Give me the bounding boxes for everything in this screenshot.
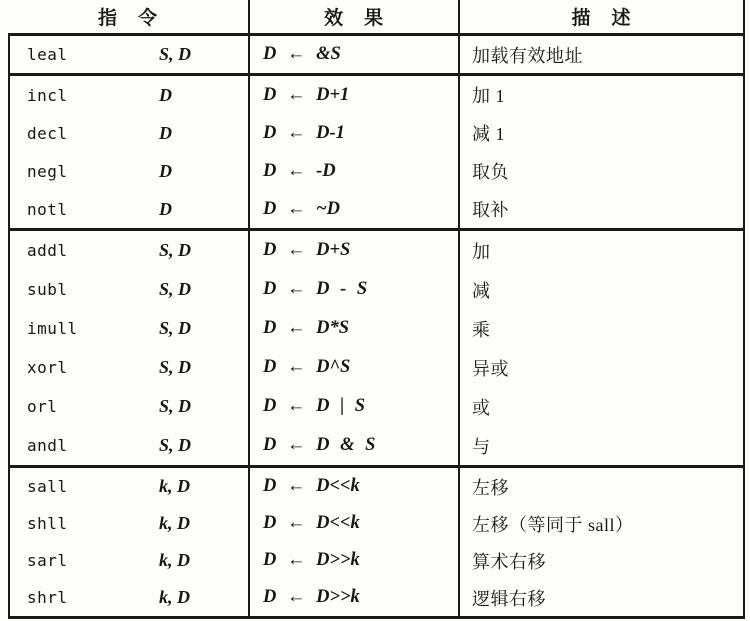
description-text: 左移	[460, 468, 743, 505]
group-unary-operations: incl D D ← D+1 加 1 decl D D ← D-1 减 1	[10, 73, 743, 228]
instruction-cell: andl S, D	[10, 426, 248, 465]
effect-expression: D ← D*S	[248, 309, 460, 348]
effect-expression: D ← D>>k	[248, 542, 460, 579]
instruction-cell: leal S, D	[10, 36, 248, 73]
table-row: notl D D ← ~D 取补	[10, 190, 743, 228]
instruction-name: subl	[27, 280, 159, 299]
table-row: shrl k, D D ← D>>k 逻辑右移	[10, 579, 743, 616]
group-shift-operations: sall k, D D ← D<<k 左移 shll k, D D ← D<<k…	[10, 465, 743, 616]
instruction-cell: sall k, D	[10, 468, 248, 505]
instruction-operands: S, D	[159, 279, 248, 300]
instruction-operands: S, D	[159, 240, 248, 261]
table-row: subl S, D D ← D - S 减	[10, 270, 743, 309]
instruction-name: notl	[27, 200, 159, 219]
effect-expression: D ← D-1	[248, 114, 460, 152]
effect-expression: D ← D & S	[248, 426, 460, 465]
instruction-name: orl	[27, 397, 159, 416]
table-row: sall k, D D ← D<<k 左移	[10, 468, 743, 505]
table-header-row: 指 令 效 果 描 述	[8, 0, 745, 33]
instruction-operands: S, D	[159, 357, 248, 378]
instruction-operands: k, D	[159, 476, 248, 497]
effect-expression: D ← D+1	[248, 76, 460, 114]
effect-expression: D ← -D	[248, 152, 460, 190]
scanned-book-page: 指 令 效 果 描 述 leal S, D D ← &S 加载有效地址	[0, 0, 750, 621]
instruction-name: andl	[27, 436, 159, 455]
instruction-cell: decl D	[10, 114, 248, 152]
instruction-cell: orl S, D	[10, 387, 248, 426]
effect-expression: D ← D | S	[248, 387, 460, 426]
header-description: 描 述	[460, 0, 743, 33]
instruction-cell: addl S, D	[10, 231, 248, 270]
description-text: 减 1	[460, 114, 743, 152]
instruction-operands: D	[159, 199, 248, 220]
instruction-name: xorl	[27, 358, 159, 377]
table-row: negl D D ← -D 取负	[10, 152, 743, 190]
effect-expression: D ← D+S	[248, 231, 460, 270]
description-text: 加	[460, 231, 743, 270]
table-row: sarl k, D D ← D>>k 算术右移	[10, 542, 743, 579]
instruction-cell: imull S, D	[10, 309, 248, 348]
instruction-cell: shrl k, D	[10, 579, 248, 616]
instruction-cell: xorl S, D	[10, 348, 248, 387]
effect-expression: D ← ~D	[248, 190, 460, 228]
instruction-operands: S, D	[159, 435, 248, 456]
instruction-cell: incl D	[10, 76, 248, 114]
group-binary-operations: addl S, D D ← D+S 加 subl S, D D ← D - S …	[10, 228, 743, 465]
effect-expression: D ← D - S	[248, 270, 460, 309]
table-row: shll k, D D ← D<<k 左移（等同于 sall）	[10, 505, 743, 542]
instruction-name: shll	[27, 514, 159, 533]
table-row: decl D D ← D-1 减 1	[10, 114, 743, 152]
instruction-operands: S, D	[159, 318, 248, 339]
header-effect: 效 果	[248, 0, 460, 33]
instruction-name: sarl	[27, 551, 159, 570]
instruction-operands: k, D	[159, 513, 248, 534]
instruction-operands: D	[159, 123, 248, 144]
instruction-operands: S, D	[159, 396, 248, 417]
instruction-operands: D	[159, 161, 248, 182]
group-load-effective-address: leal S, D D ← &S 加载有效地址	[10, 36, 743, 73]
effect-expression: D ← D^S	[248, 348, 460, 387]
table-body: leal S, D D ← &S 加载有效地址 incl D D ← D+1 加…	[8, 33, 745, 619]
description-text: 或	[460, 387, 743, 426]
description-text: 算术右移	[460, 542, 743, 579]
effect-expression: D ← D>>k	[248, 579, 460, 616]
description-text: 异或	[460, 348, 743, 387]
description-text: 与	[460, 426, 743, 465]
instruction-operands: k, D	[159, 587, 248, 608]
description-text: 加 1	[460, 76, 743, 114]
instruction-operands: k, D	[159, 550, 248, 571]
instruction-name: incl	[27, 86, 159, 105]
description-text: 取负	[460, 152, 743, 190]
description-text: 减	[460, 270, 743, 309]
description-text: 逻辑右移	[460, 579, 743, 616]
instruction-cell: shll k, D	[10, 505, 248, 542]
table-row: incl D D ← D+1 加 1	[10, 76, 743, 114]
instruction-cell: notl D	[10, 190, 248, 228]
table-row: addl S, D D ← D+S 加	[10, 231, 743, 270]
instruction-name: leal	[27, 45, 159, 64]
effect-expression: D ← D<<k	[248, 505, 460, 542]
description-text: 取补	[460, 190, 743, 228]
instruction-name: imull	[27, 319, 159, 338]
table-row: imull S, D D ← D*S 乘	[10, 309, 743, 348]
instruction-operands: S, D	[159, 44, 248, 65]
description-text: 乘	[460, 309, 743, 348]
header-instruction: 指 令	[8, 0, 248, 33]
effect-expression: D ← D<<k	[248, 468, 460, 505]
table-row: andl S, D D ← D & S 与	[10, 426, 743, 465]
instruction-operands: D	[159, 85, 248, 106]
description-text: 左移（等同于 sall）	[460, 505, 743, 542]
instruction-cell: sarl k, D	[10, 542, 248, 579]
table-row: orl S, D D ← D | S 或	[10, 387, 743, 426]
table-row: xorl S, D D ← D^S 异或	[10, 348, 743, 387]
instruction-table: 指 令 效 果 描 述 leal S, D D ← &S 加载有效地址	[8, 0, 745, 619]
instruction-name: shrl	[27, 588, 159, 607]
instruction-name: addl	[27, 241, 159, 260]
instruction-cell: subl S, D	[10, 270, 248, 309]
instruction-cell: negl D	[10, 152, 248, 190]
instruction-name: negl	[27, 162, 159, 181]
table-row: leal S, D D ← &S 加载有效地址	[10, 36, 743, 73]
instruction-name: sall	[27, 477, 159, 496]
description-text: 加载有效地址	[460, 36, 743, 73]
effect-expression: D ← &S	[248, 36, 460, 73]
instruction-name: decl	[27, 124, 159, 143]
